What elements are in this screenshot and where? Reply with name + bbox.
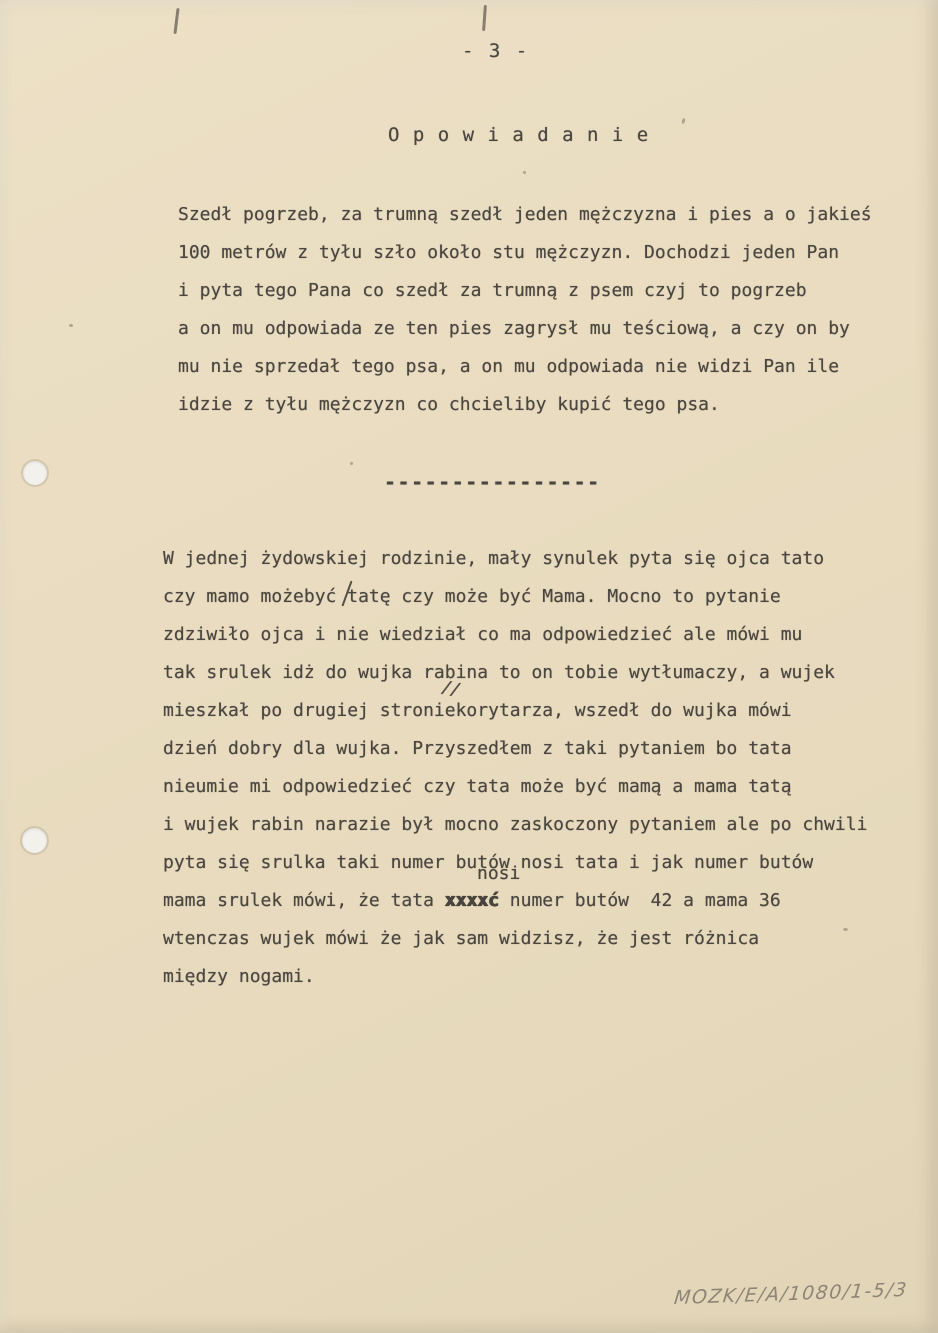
hole-punch [23, 461, 47, 485]
typed-line: mieszkał po drugiej stroniekorytarza, ws… [163, 692, 867, 730]
paragraph-rabbi-joke: W jednej żydowskiej rodzinie, mały synul… [163, 540, 867, 996]
paper-speck [69, 324, 73, 327]
paper-speck [350, 462, 353, 465]
typed-line: W jednej żydowskiej rodzinie, mały synul… [163, 540, 867, 578]
paper-speck [681, 118, 685, 125]
typed-line: mu nie sprzedał tego psa, a on mu odpowi… [178, 348, 872, 386]
paragraph-funeral-joke: Szedł pogrzeb, za trumną szedł jeden męż… [178, 196, 872, 424]
typed-line: 100 metrów z tyłu szło około stu mężczyz… [178, 234, 872, 272]
typed-line: i wujek rabin narazie był mocno zaskoczo… [163, 806, 867, 844]
typed-line: idzie z tyłu mężczyzn co chcieliby kupić… [178, 386, 872, 424]
inserted-word-above-line: nosi [477, 864, 520, 884]
typed-line: nieumie mi odpowiedzieć czy tata może by… [163, 768, 867, 806]
typed-line: wtenczas wujek mówi że jak sam widzisz, … [163, 920, 867, 958]
typed-line: dzień dobry dla wujka. Przyszedłem z tak… [163, 730, 867, 768]
page-number: - 3 - [462, 40, 529, 62]
typed-line: a on mu odpowiada ze ten pies zagrysł mu… [178, 310, 872, 348]
story-title: O p o w i a d a n i e [388, 124, 649, 146]
typed-line: między nogami. [163, 958, 867, 996]
line-segment: mama srulek mówi, że tata [163, 890, 445, 911]
pencil-tick-mark [482, 5, 487, 31]
typed-line: Szedł pogrzeb, za trumną szedł jeden męż… [178, 196, 872, 234]
typed-line: zdziwiło ojca i nie wiedział co ma odpow… [163, 616, 867, 654]
typed-line: tak srulek idż do wujka rabina to on tob… [163, 654, 867, 692]
paper-speck [523, 171, 526, 174]
hole-punch [22, 828, 47, 853]
typed-line: i pyta tego Pana co szedł za trumną z ps… [178, 272, 872, 310]
archive-reference-handwritten: MOZK/E/A/1080/1-5/3 [673, 1279, 909, 1309]
line-segment: numer butów 42 a mama 36 [499, 890, 781, 911]
strikeout-word: xxxxć [445, 890, 499, 911]
pencil-tick-mark [173, 8, 179, 34]
dashed-separator: ---------------- [384, 470, 601, 494]
typed-line-with-strikeout: mama srulek mówi, że tata xxxxć numer bu… [163, 882, 867, 920]
typed-line: czy mamo możebyć tatę czy może być Mama.… [163, 578, 867, 616]
document-page: - 3 - O p o w i a d a n i e Szedł pogrze… [0, 0, 938, 1333]
